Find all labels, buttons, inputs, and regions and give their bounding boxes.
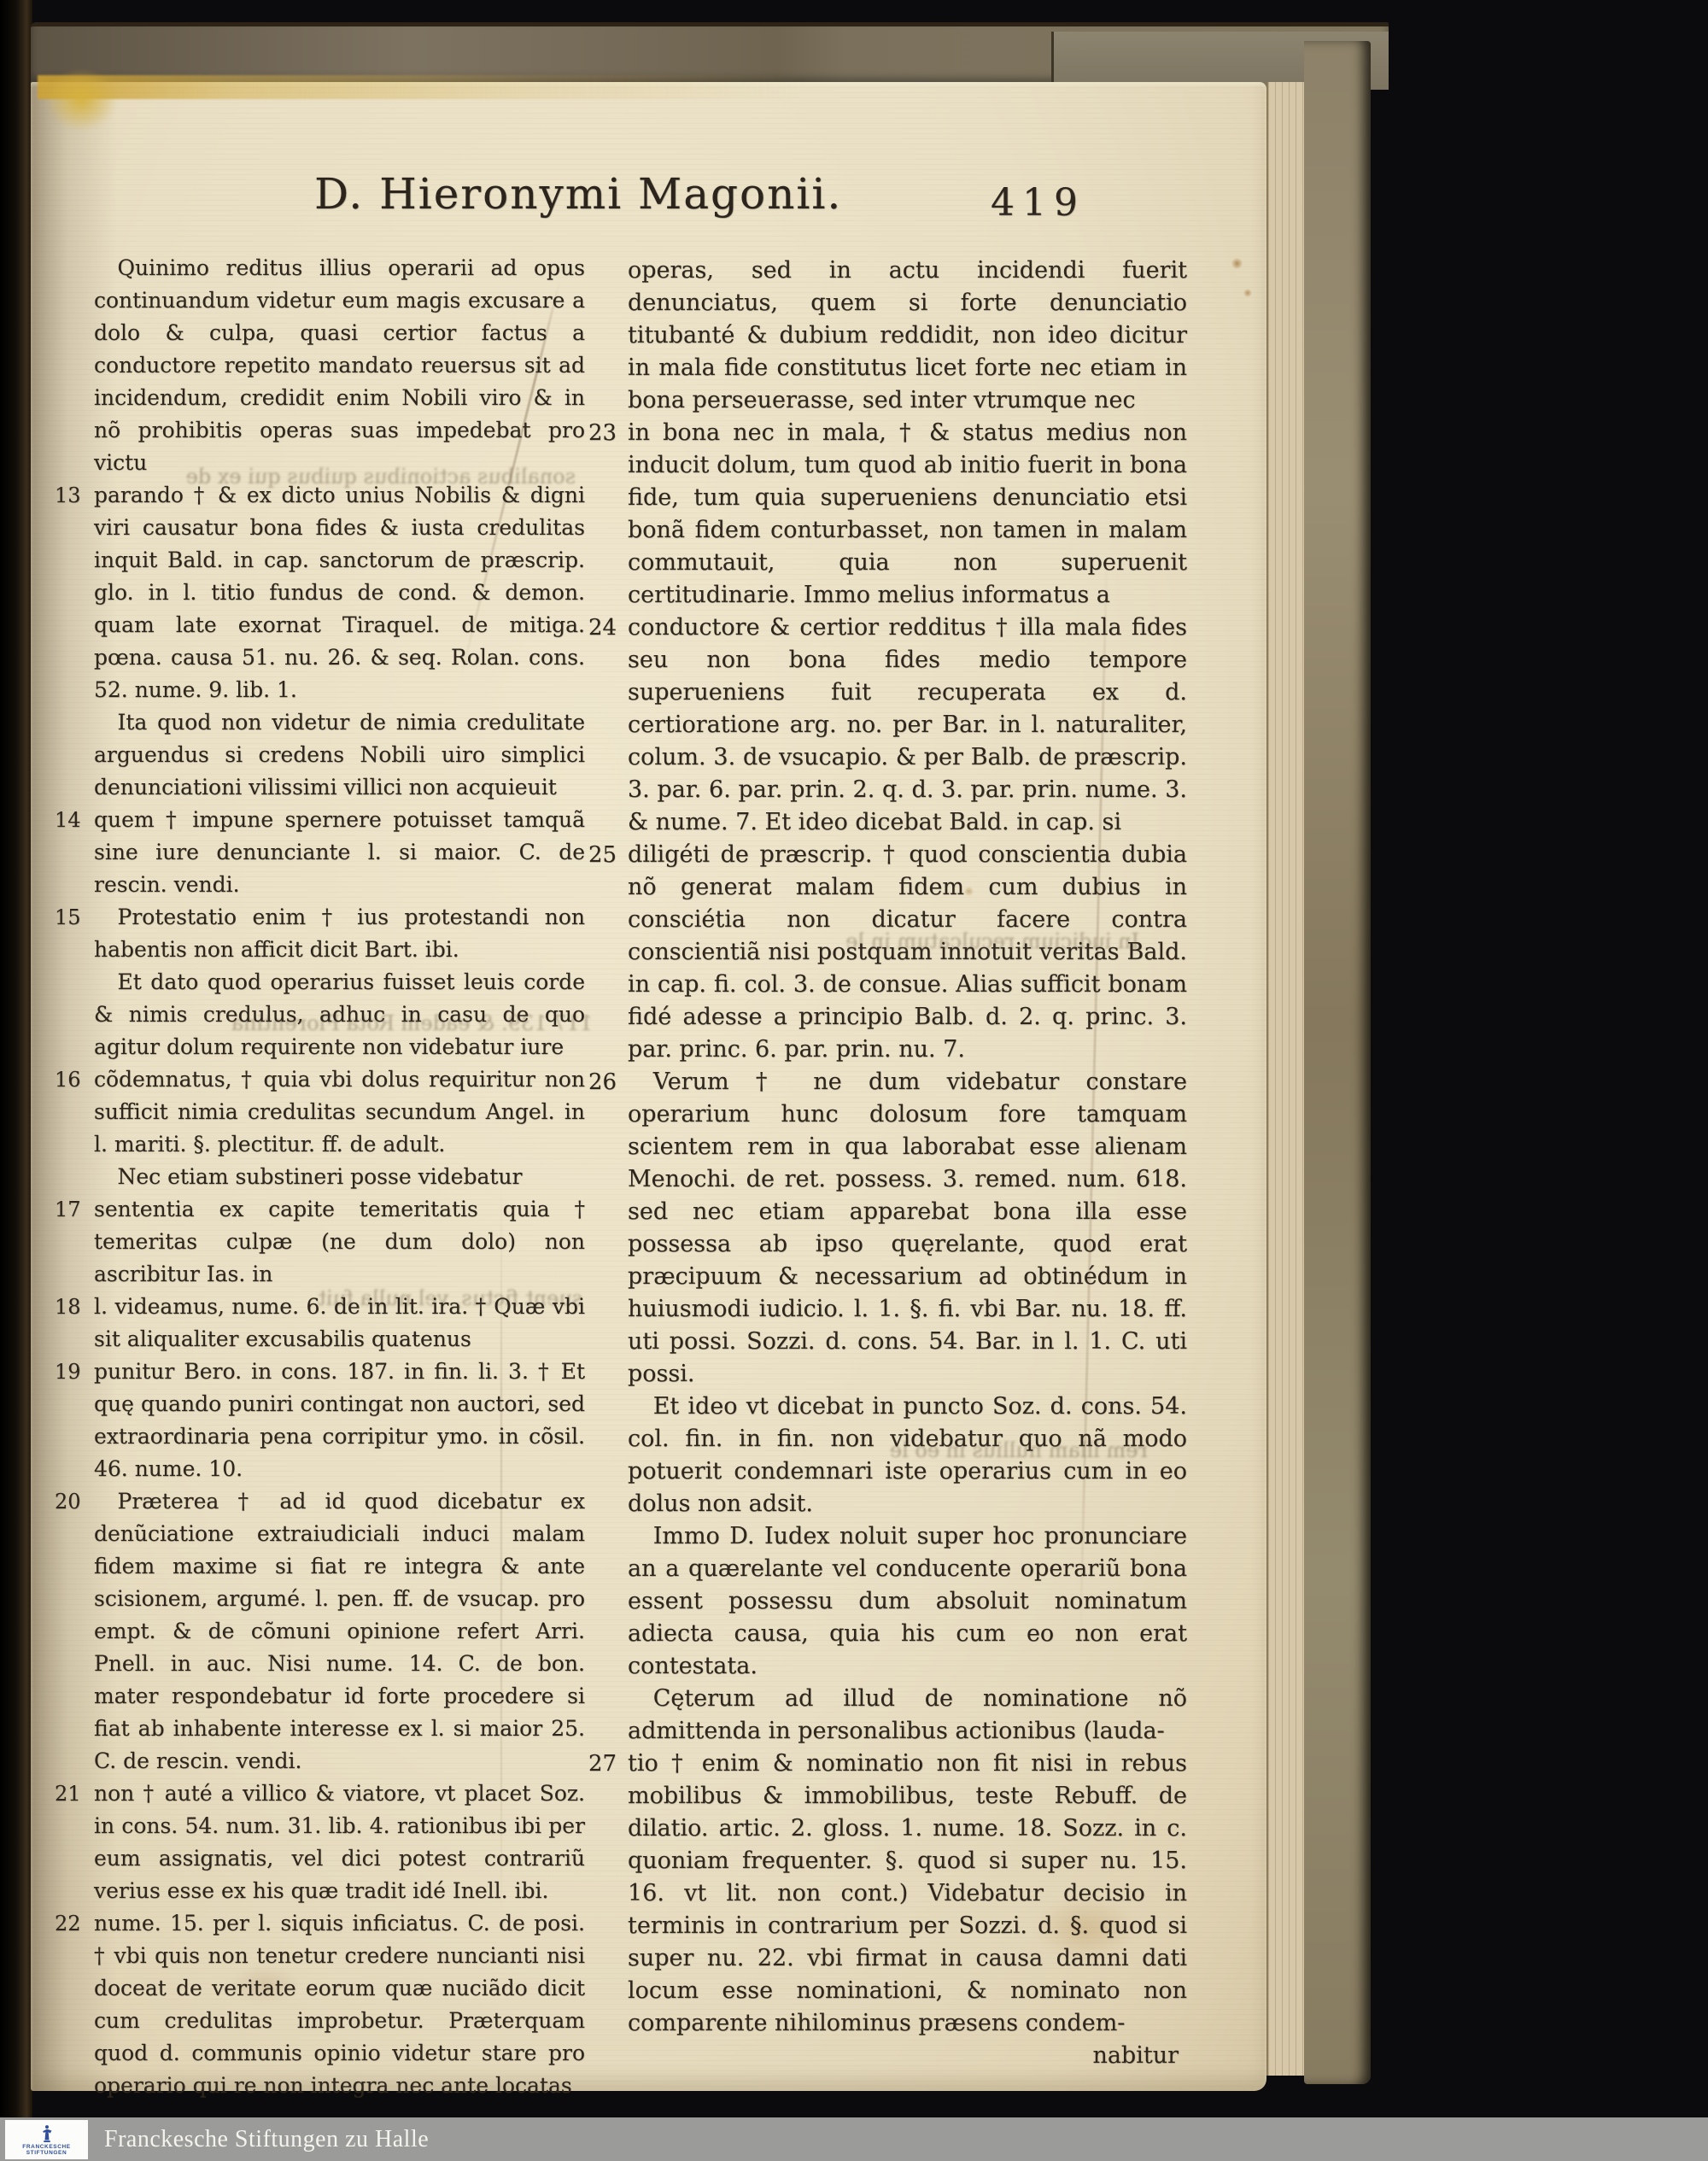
body-text: Præterea † ad id quod dicebatur ex denũc…	[94, 1489, 585, 1773]
catchword: nabitur	[628, 2040, 1187, 2072]
text-block: 16cõdemnatus, † quia vbi dolus requiritu…	[94, 1063, 585, 1161]
body-text: Ita quod non videtur de nimia credulitat…	[94, 710, 585, 799]
text-block: 22nume. 15. per l. siquis inficiatus. C.…	[94, 1907, 585, 2102]
text-block: 13parando † & ex dicto unius Nobilis & d…	[94, 479, 585, 706]
body-text: Protestatio enim † ius protestandi non h…	[94, 905, 585, 962]
body-text: Quinimo reditus illius operarii ad opus …	[94, 255, 585, 475]
body-text: cõdemnatus, † quia vbi dolus requiritur …	[94, 1067, 585, 1157]
text-block: Nec etiam substineri posse videbatur	[94, 1161, 585, 1193]
page-number: 419	[991, 181, 1085, 225]
institution-logo: FRANCKESCHE STIFTUNGEN	[5, 2120, 88, 2159]
body-text: non † auté a villico & viatore, vt place…	[94, 1781, 585, 1903]
footer-bar: FRANCKESCHE STIFTUNGEN Franckesche Stift…	[0, 2117, 1708, 2161]
text-block: Ita quod non videtur de nimia credulitat…	[94, 706, 585, 804]
margin-number: 18	[55, 1291, 81, 1323]
book-spine-edge	[0, 0, 32, 2118]
text-block: 19punitur Bero. in cons. 187. in fin. li…	[94, 1356, 585, 1485]
margin-number: 14	[55, 804, 81, 836]
margin-number: 15	[55, 901, 81, 934]
binding-edge-top	[31, 22, 1389, 85]
institution-name: Franckesche Stiftungen zu Halle	[104, 2126, 429, 2153]
text-block: Cęterum ad illud de nominatione nõ admit…	[628, 1683, 1187, 1748]
text-block: 20Præterea † ad id quod dicebatur ex den…	[94, 1485, 585, 1777]
text-block: operas, sed in actu incidendi fuerit den…	[628, 255, 1187, 417]
book-page: sonalibus actionibus quibus qui ex de 11…	[31, 82, 1266, 2091]
body-text: Immo D. Iudex noluit super hoc pronuncia…	[628, 1523, 1187, 1679]
text-block: 21non † auté a villico & viatore, vt pla…	[94, 1777, 585, 1907]
body-text: Verum † ne dum videbatur constare operar…	[628, 1069, 1187, 1387]
margin-number: 22	[55, 1907, 81, 1940]
parchment-cover-edge	[1304, 41, 1371, 2084]
right-column: operas, sed in actu incidendi fuerit den…	[628, 255, 1187, 2072]
body-text: sententia ex capite temeritatis quia † t…	[94, 1197, 585, 1286]
stain	[1231, 258, 1243, 269]
body-text: Cęterum ad illud de nominatione nõ admit…	[628, 1685, 1187, 1744]
body-text: conductore & certior redditus † illa mal…	[628, 614, 1187, 835]
body-text: punitur Bero. in cons. 187. in fin. li. …	[94, 1359, 585, 1481]
text-block: 15Protestatio enim † ius protestandi non…	[94, 901, 585, 966]
text-block: 25diligéti de præscrip. † quod conscient…	[628, 839, 1187, 1066]
body-text: parando † & ex dicto unius Nobilis & dig…	[94, 483, 585, 702]
body-text: tio † enim & nominatio non fit nisi in r…	[628, 1750, 1187, 2036]
margin-number: 16	[55, 1063, 81, 1096]
margin-number: 13	[55, 479, 81, 512]
text-block: 26Verum † ne dum videbatur constare oper…	[628, 1066, 1187, 1391]
page-fore-edge	[1266, 82, 1304, 2076]
text-block: 23in bona nec in mala, † & status medius…	[628, 417, 1187, 612]
text-block: Et ideo vt dicebat in puncto Soz. d. con…	[628, 1391, 1187, 1520]
margin-number: 24	[588, 612, 617, 644]
margin-number: 23	[588, 417, 617, 449]
margin-number: 26	[588, 1066, 617, 1098]
text-block: 18l. videamus, nume. 6. de in lit. ira. …	[94, 1291, 585, 1356]
body-text: Et dato quod operarius fuisset leuis cor…	[94, 969, 585, 1059]
body-text: l. videamus, nume. 6. de in lit. ira. † …	[94, 1294, 585, 1351]
book-scan: sonalibus actionibus quibus qui ex de 11…	[0, 0, 1708, 2161]
body-text: operas, sed in actu incidendi fuerit den…	[628, 257, 1187, 413]
francke-statue-icon	[38, 2124, 56, 2143]
text-block: 27tio † enim & nominatio non fit nisi in…	[628, 1748, 1187, 2040]
body-text: Et ideo vt dicebat in puncto Soz. d. con…	[628, 1393, 1187, 1517]
body-text: quem † impune spernere potuisset tamquã …	[94, 807, 585, 897]
text-block: 14quem † impune spernere potuisset tamqu…	[94, 804, 585, 901]
text-block: Et dato quod operarius fuisset leuis cor…	[94, 966, 585, 1063]
body-text: in bona nec in mala, † & status medius n…	[628, 419, 1187, 608]
page-title: D. Hieronymi Magonii.	[314, 169, 842, 219]
margin-number: 20	[55, 1485, 81, 1518]
stain	[1243, 289, 1252, 297]
body-text: diligéti de præscrip. † quod conscientia…	[628, 841, 1187, 1063]
margin-number: 17	[55, 1193, 81, 1226]
institution-logo-text: FRANCKESCHE STIFTUNGEN	[22, 2144, 70, 2156]
body-text: nume. 15. per l. siquis inficiatus. C. d…	[94, 1911, 585, 2098]
text-block: Quinimo reditus illius operarii ad opus …	[94, 252, 585, 479]
margin-number: 21	[55, 1777, 81, 1810]
margin-number: 27	[588, 1748, 617, 1780]
text-block: 24conductore & certior redditus † illa m…	[628, 612, 1187, 839]
margin-number: 25	[588, 839, 617, 871]
text-block: 17sententia ex capite temeritatis quia †…	[94, 1193, 585, 1291]
margin-number: 19	[55, 1356, 81, 1388]
body-text: Nec etiam substineri posse videbatur	[118, 1164, 523, 1189]
text-block: Immo D. Iudex noluit super hoc pronuncia…	[628, 1520, 1187, 1683]
left-column: Quinimo reditus illius operarii ad opus …	[94, 252, 585, 2102]
